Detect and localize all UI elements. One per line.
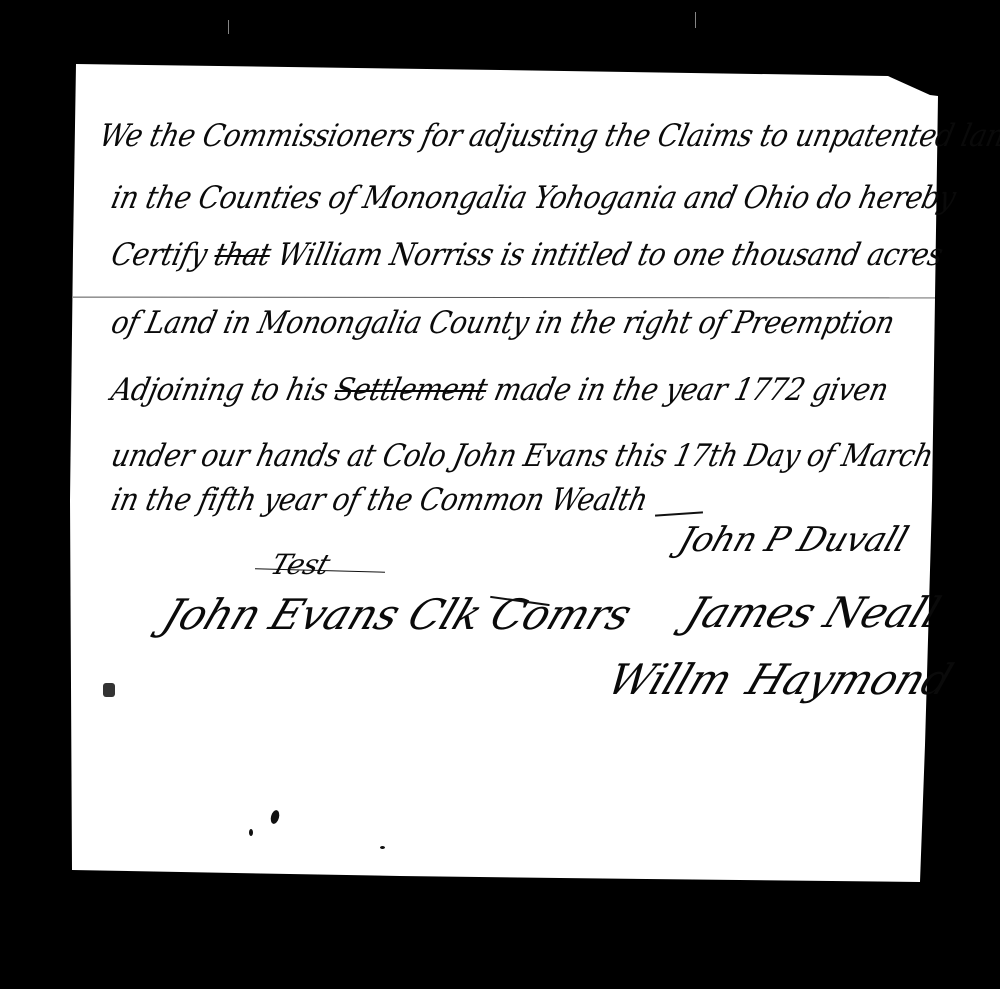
- signature-william-haymond: Willm Haymond: [601, 655, 959, 704]
- text-line-1: We the Commissioners for adjusting the C…: [96, 118, 1000, 154]
- signature-william-haymond-given: Willm: [601, 655, 739, 704]
- attestation-label: Test: [267, 548, 334, 581]
- text-line-5: Adjoining to his Settlement made in the …: [108, 372, 891, 408]
- text-line-6: under our hands at Colo John Evans this …: [108, 438, 936, 474]
- text-line-4: of Land in Monongalia County in the righ…: [108, 305, 898, 341]
- text-line-3: Certify that William Norriss is intitled…: [108, 237, 946, 273]
- text-line-5-end: made in the year 1772 given: [482, 372, 891, 408]
- signature-james-neall: James Neall: [679, 588, 946, 637]
- scan-artifact: [695, 12, 696, 28]
- clerk-signature: John Evans Clk Comrs: [156, 590, 638, 639]
- struck-word-that: that: [211, 237, 274, 273]
- text-line-5-start: Adjoining to his: [108, 372, 339, 408]
- ink-speck: [249, 829, 253, 836]
- text-line-3-start: Certify: [108, 237, 219, 273]
- margin-blemish: [103, 683, 115, 697]
- ink-speck-small: [380, 846, 385, 849]
- text-line-3-end: William Norriss is intitled to one thous…: [266, 237, 946, 273]
- signature-john-p-duvall: John P Duvall: [674, 520, 913, 560]
- text-line-2: in the Counties of Monongalia Yohogania …: [108, 180, 959, 216]
- struck-word-settlement: Settlement: [331, 372, 490, 408]
- scan-artifact: [228, 20, 229, 34]
- text-line-7: in the fifth year of the Common Wealth: [108, 482, 651, 518]
- signature-william-haymond-surname: Haymond: [740, 655, 959, 704]
